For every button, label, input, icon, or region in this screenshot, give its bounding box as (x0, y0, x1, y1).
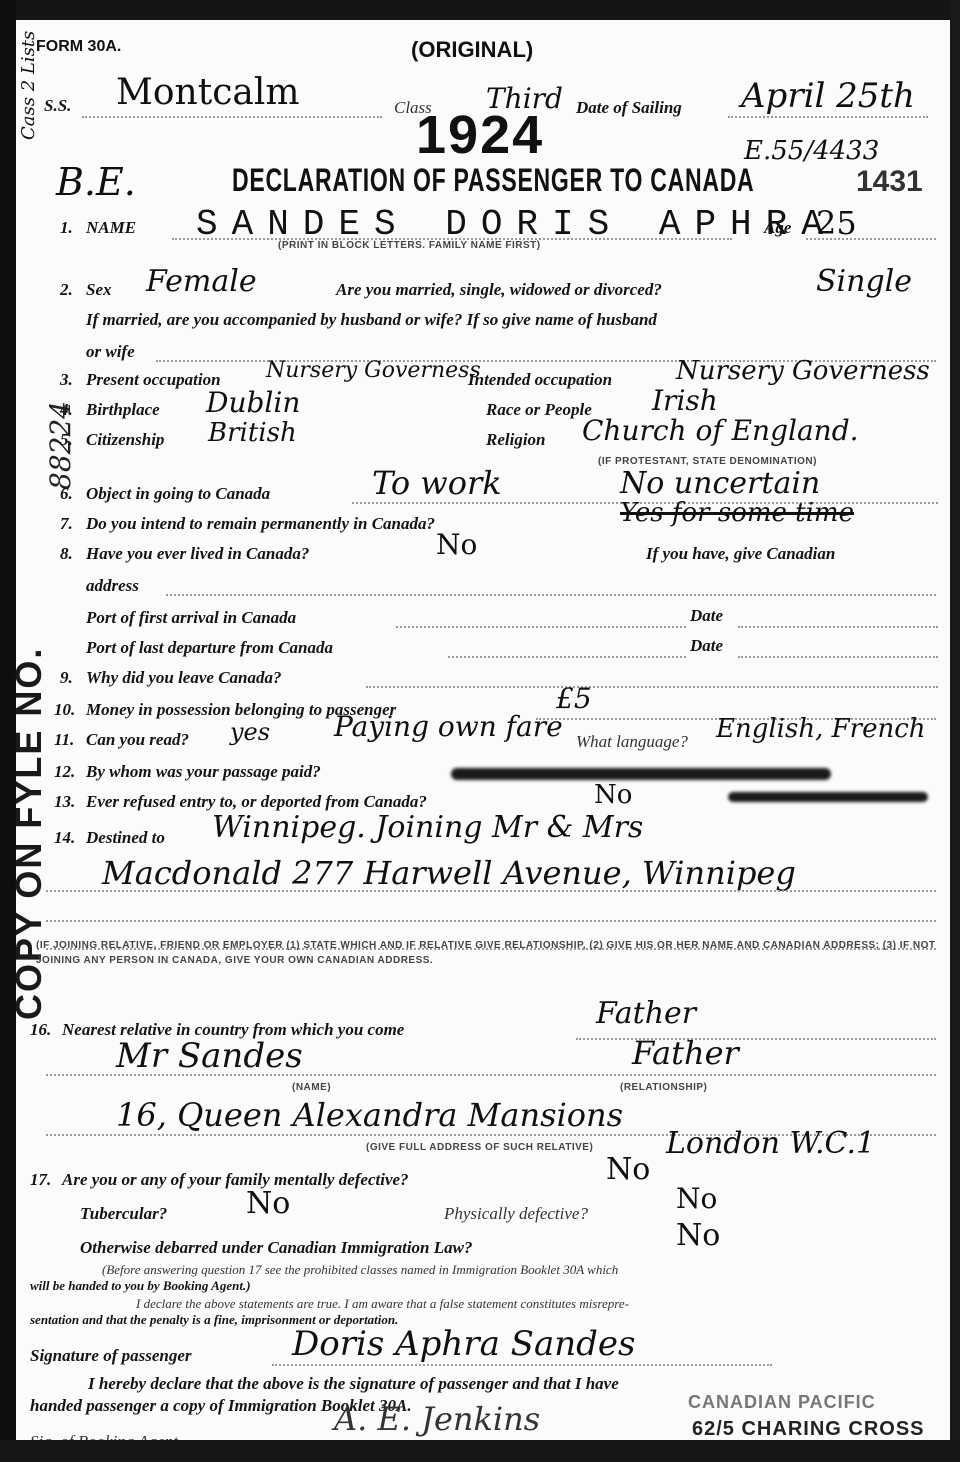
object-label: Object in going to Canada (86, 484, 270, 503)
remain-value-struck: Yes for some time (620, 498, 854, 528)
birthplace-value: Dublin (206, 386, 300, 419)
tubercular-label: Tubercular? (80, 1204, 167, 1224)
scan-border-bottom (0, 1440, 960, 1462)
declaration-form: COPY ON FYLE NO. 88224 Cass 2 Lists FORM… (16, 20, 950, 1440)
mental-value: No (606, 1152, 650, 1187)
first-port-date-label: Date (690, 606, 723, 626)
physical-label: Physically defective? (444, 1204, 588, 1224)
marital-value: Single (816, 264, 912, 299)
destined-label: Destined to (86, 828, 165, 847)
passage-paid-struck (451, 768, 831, 780)
read-value: yes (230, 718, 270, 746)
relative-address: 16, Queen Alexandra Mansions (116, 1096, 623, 1134)
ref-number-stamped: 1431 (856, 165, 923, 199)
address-label: address (86, 576, 139, 596)
object-value: To work (372, 464, 502, 502)
declaration-line1: I declare the above statements are true.… (136, 1296, 629, 1312)
agent-declaration-line1: I hereby declare that the above is the s… (88, 1374, 619, 1394)
religion-label: Religion (486, 430, 546, 450)
language-value: English, French (716, 714, 926, 744)
age-label: Age (764, 218, 791, 238)
citizenship-label: Citizenship (86, 430, 164, 449)
last-port-label: Port of last departure from Canada (86, 638, 333, 658)
marital-label: Are you married, single, widowed or divo… (336, 280, 662, 300)
religion-value: Church of England. (582, 414, 859, 447)
scan-border-right (950, 0, 960, 1462)
why-left-label: Why did you leave Canada? (86, 668, 282, 687)
relative-address-2: London W.C.1 (666, 1126, 875, 1161)
intended-occupation-label: Intended occupation (468, 370, 612, 390)
passenger-name: SANDES DORIS APHRA (196, 204, 837, 245)
form-title: DECLARATION OF PASSENGER TO CANADA (232, 162, 754, 199)
fare-note: Paying own fare (334, 710, 563, 743)
read-label: Can you read? (86, 730, 189, 749)
ship-name: Montcalm (116, 72, 299, 113)
ref-number-handwritten: E.55/4433 (744, 136, 879, 166)
debarred-label: Otherwise debarred under Canadian Immigr… (80, 1238, 472, 1258)
birthplace-label: Birthplace (86, 400, 160, 419)
debarred-value: No (676, 1218, 720, 1253)
lived-label: Have you ever lived in Canada? (86, 544, 309, 563)
relative-name: Mr Sandes (116, 1036, 303, 1076)
last-port-date-label: Date (690, 636, 723, 656)
year-stamp: 1924 (416, 104, 544, 166)
remain-label: Do you intend to remain permanently in C… (86, 514, 435, 533)
relationship-value: Father (632, 1034, 739, 1072)
agent-signature: A. E. Jenkins (334, 1400, 540, 1438)
physical-value: No (676, 1182, 717, 1215)
intended-occupation-value: Nursery Governess (676, 356, 930, 386)
q17-note-2: will be handed to you by Booking Agent.) (30, 1278, 251, 1294)
lived-right-label: If you have, give Canadian (646, 544, 835, 564)
age-value: 25 (816, 204, 857, 242)
signature-label: Signature of passenger (30, 1346, 192, 1366)
object-value-right: No uncertain (620, 466, 820, 501)
refused-value: No (594, 780, 632, 810)
scan-border-top (0, 0, 960, 20)
race-label: Race or People (486, 400, 592, 420)
relative-value: Father (596, 996, 696, 1031)
sex-label: Sex (86, 280, 112, 299)
be-mark: B.E. (56, 160, 136, 204)
stamp-address: 62/5 CHARING CROSS (692, 1418, 925, 1441)
sailing-date: April 25th (741, 76, 915, 116)
form-number: FORM 30A. (36, 38, 121, 56)
refused-label: Ever refused entry to, or deported from … (86, 792, 427, 811)
ss-label: S.S. (44, 96, 71, 116)
passage-paid-struck-2 (728, 792, 928, 802)
first-port-label: Port of first arrival in Canada (86, 608, 296, 628)
tubercular-value: No (246, 1186, 290, 1221)
sex-value: Female (146, 264, 257, 299)
occupation-value: Nursery Governess (266, 358, 481, 383)
destined-value: Winnipeg. Joining Mr & Mrs (212, 810, 643, 845)
relative-name-hint: (NAME) (292, 1082, 331, 1093)
passage-paid-label: By whom was your passage paid? (86, 762, 321, 781)
relative-address-hint: (GIVE FULL ADDRESS OF SUCH RELATIVE) (366, 1142, 593, 1153)
race-value: Irish (652, 384, 718, 417)
spouse-label: If married, are you accompanied by husba… (86, 310, 657, 330)
lived-value: No (436, 528, 477, 561)
original-label: (ORIGINAL) (411, 37, 533, 63)
name-hint: (PRINT IN BLOCK LETTERS. FAMILY NAME FIR… (278, 240, 541, 251)
relationship-hint: (RELATIONSHIP) (620, 1082, 707, 1093)
q17-note-1: (Before answering question 17 see the pr… (102, 1262, 618, 1278)
passenger-signature: Doris Aphra Sandes (292, 1324, 635, 1364)
destined-value-line2: Macdonald 277 Harwell Avenue, Winnipeg (102, 854, 796, 892)
mental-label: Are you or any of your family mentally d… (62, 1170, 409, 1189)
citizenship-value: British (208, 418, 297, 448)
stamp-company: CANADIAN PACIFIC (688, 1392, 876, 1413)
destined-hint: (IF JOINING RELATIVE, FRIEND OR EMPLOYER… (36, 938, 936, 968)
occupation-label: Present occupation (86, 370, 221, 389)
name-label: NAME (86, 218, 136, 237)
language-label: What language? (576, 732, 688, 752)
sailing-label: Date of Sailing (576, 98, 682, 118)
spouse-label-2: or wife (86, 342, 135, 362)
